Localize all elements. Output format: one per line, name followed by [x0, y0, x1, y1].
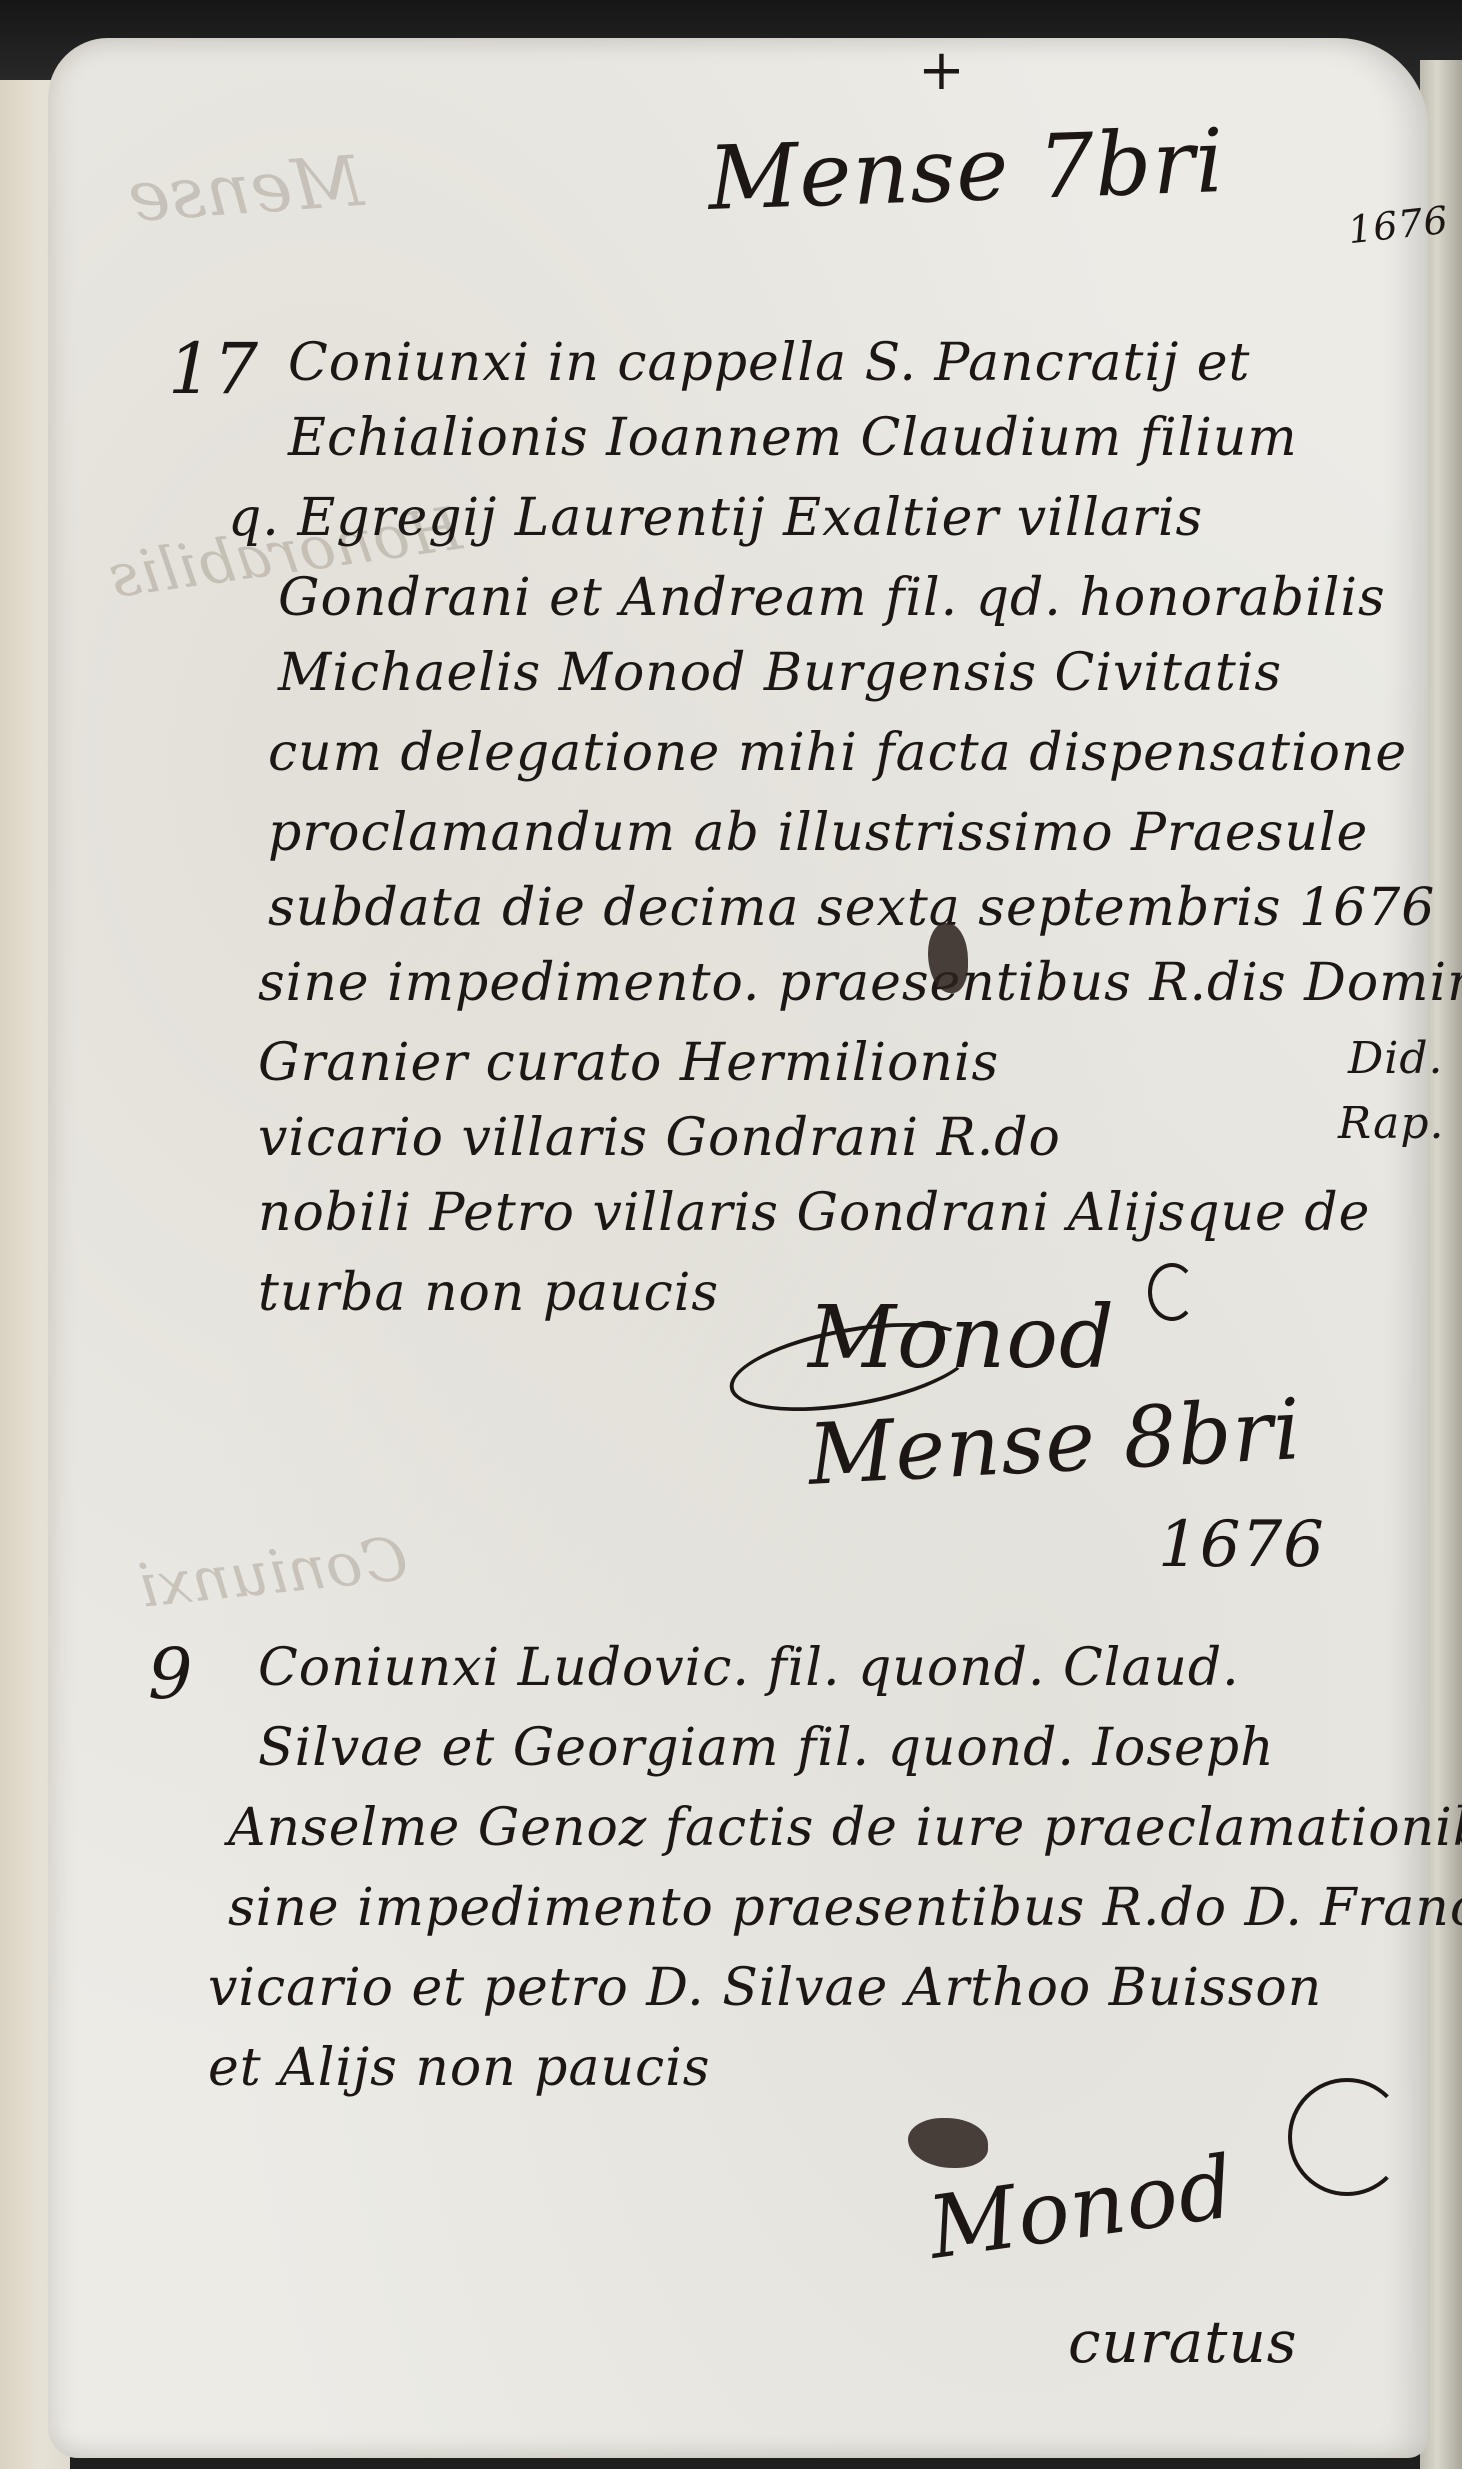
entry-line: sine impedimento praesentibus R.do D. Fr… — [228, 1878, 1462, 1938]
ink-blot — [908, 2118, 988, 2168]
entry-day-number: 9 — [148, 1633, 194, 1715]
entry-line: vicario et petro D. Silvae Arthoo Buisso… — [208, 1958, 1322, 2018]
margin-note: Did. — [1348, 1033, 1444, 1084]
entry-line: Silvae et Georgiam fil. quond. Ioseph — [258, 1718, 1275, 1778]
entry-line: sine impedimento. praesentibus R.dis Dom… — [258, 953, 1462, 1013]
entry-line: turba non paucis — [258, 1263, 719, 1323]
bleed-through-text: Coniunxi — [135, 1524, 411, 1622]
priest-signature: Monod — [808, 1288, 1115, 1388]
entry-line: nobili Petro villaris Gondrani Alijsque … — [258, 1183, 1370, 1243]
entry-line: Echialionis Ioannem Claudium filium — [288, 408, 1298, 468]
register-page: Mense Honorabilis Coniunxi + Mense 7bri … — [48, 38, 1428, 2458]
entry-line: et Alijs non paucis — [208, 2038, 710, 2098]
entry-line: Granier curato Hermilionis — [258, 1033, 999, 1093]
margin-note: Rap. — [1338, 1098, 1445, 1149]
entry-line: subdata die decima sexta septembris 1676 — [268, 878, 1435, 938]
signature-title: curatus — [1068, 2308, 1298, 2376]
entry-line: Anselme Genoz factis de iure praeclamati… — [228, 1798, 1462, 1858]
entry-line: Coniunxi Ludovic. fil. quond. Claud. — [258, 1638, 1240, 1698]
entry-day-number: 17 — [168, 328, 259, 410]
cross-mark: + — [918, 38, 966, 103]
entry-line: Gondrani et Andream fil. qd. honorabilis — [278, 568, 1386, 628]
heading-year: 1676 — [1158, 1508, 1325, 1582]
entry-line: q. Egregij Laurentij Exaltier villaris — [228, 488, 1203, 548]
entry-line: cum delegatione mihi facta dispensatione — [268, 723, 1407, 783]
signature-flourish — [1148, 1263, 1196, 1321]
entry-line: vicario villaris Gondrani R.do — [258, 1108, 1061, 1168]
signature-flourish — [1288, 2078, 1406, 2196]
entry-line: proclamandum ab illustrissimo Praesule — [268, 803, 1368, 863]
month-heading: Mense 7bri — [706, 109, 1226, 230]
entry-line: Coniunxi in cappella S. Pancratij et — [288, 333, 1250, 393]
entry-line: Michaelis Monod Burgensis Civitatis — [278, 643, 1282, 703]
bleed-through-text: Mense — [125, 140, 366, 238]
